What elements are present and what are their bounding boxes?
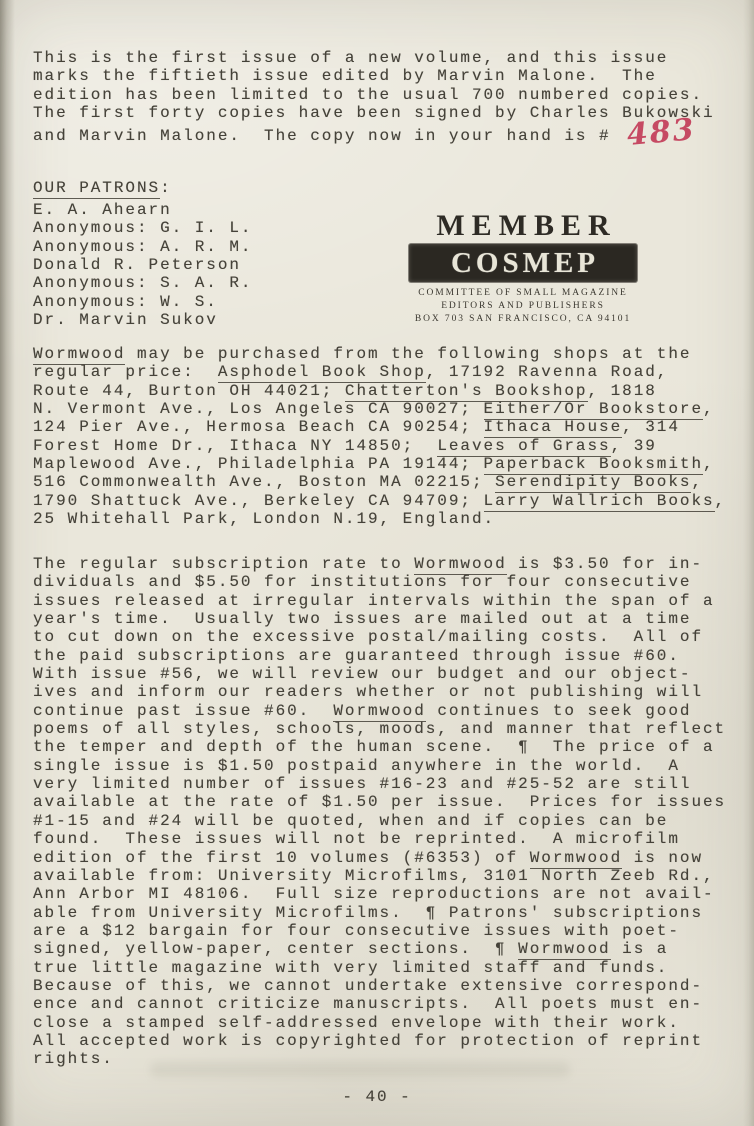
- patrons-list: E. A. AhearnAnonymous: G. I. L.Anonymous…: [33, 201, 252, 329]
- cosmep-org-line-3: BOX 703 SAN FRANCISCO, CA 94101: [402, 313, 644, 326]
- patron-name: Dr. Marvin Sukov: [33, 311, 252, 329]
- patron-name: Donald R. Peterson: [33, 256, 252, 274]
- patrons-heading: OUR PATRONS:: [33, 179, 172, 197]
- page-number: - 40 -: [0, 1088, 754, 1106]
- underlined-text: Serendipity Books: [495, 473, 691, 493]
- member-label: MEMBER: [402, 210, 644, 242]
- underlined-text: Wormwood: [33, 345, 125, 365]
- patron-name: Anonymous: A. R. M.: [33, 238, 252, 256]
- underlined-text: Asphodel Book Shop: [218, 363, 426, 383]
- scan-edge-shadow-right: [743, 0, 754, 1126]
- underlined-text: Leaves of Grass: [437, 437, 610, 457]
- underlined-text: Wormwood: [414, 555, 506, 575]
- handwritten-copy-number: 483: [626, 121, 696, 145]
- text-run: continues to seek good poems of all styl…: [33, 702, 726, 867]
- underlined-text: Either/Or Bookstore: [484, 400, 703, 420]
- patron-name: E. A. Ahearn: [33, 201, 252, 219]
- patron-name: Anonymous: W. S.: [33, 293, 252, 311]
- subscription-paragraph: The regular subscription rate to Wormwoo…: [33, 555, 726, 1069]
- underlined-text: Ithaca House: [484, 418, 623, 438]
- intro-paragraph: This is the first issue of a new volume,…: [33, 49, 715, 146]
- patron-name: Anonymous: G. I. L.: [33, 219, 252, 237]
- underlined-text: Larry Wallrich Books: [484, 492, 715, 512]
- underlined-text: Paperback Booksmith: [484, 455, 703, 475]
- text-run: This is the first issue of a new volume,…: [33, 49, 715, 145]
- scan-edge-shadow-left: [0, 0, 15, 1126]
- scanned-page: This is the first issue of a new volume,…: [0, 0, 754, 1126]
- patron-name: Anonymous: S. A. R.: [33, 274, 252, 292]
- cosmep-badge: COSMEP: [409, 244, 637, 282]
- underlined-text: Wormwood: [530, 849, 622, 869]
- shops-paragraph: Wormwood may be purchased from the follo…: [33, 345, 726, 528]
- text-run: :: [160, 179, 172, 197]
- underlined-text: Wormwood: [333, 702, 425, 722]
- text-run: The regular subscription rate to: [33, 555, 414, 573]
- cosmep-org-line-1: COMMITTEE OF SMALL MAGAZINE: [402, 287, 644, 300]
- cosmep-org-line-2: EDITORS AND PUBLISHERS: [402, 300, 644, 313]
- text-run: is a true little magazine with very limi…: [33, 940, 703, 1068]
- underlined-text: Wormwood: [518, 940, 610, 960]
- underlined-text: Chatterton's Bookshop: [345, 382, 588, 402]
- cosmep-membership-logo: MEMBER COSMEP COMMITTEE OF SMALL MAGAZIN…: [402, 210, 644, 326]
- cosmep-org-text: COMMITTEE OF SMALL MAGAZINE EDITORS AND …: [402, 287, 644, 326]
- text-run: is $3.50 for in- dividuals and $5.50 for…: [33, 555, 715, 720]
- underlined-text: OUR PATRONS: [33, 179, 160, 199]
